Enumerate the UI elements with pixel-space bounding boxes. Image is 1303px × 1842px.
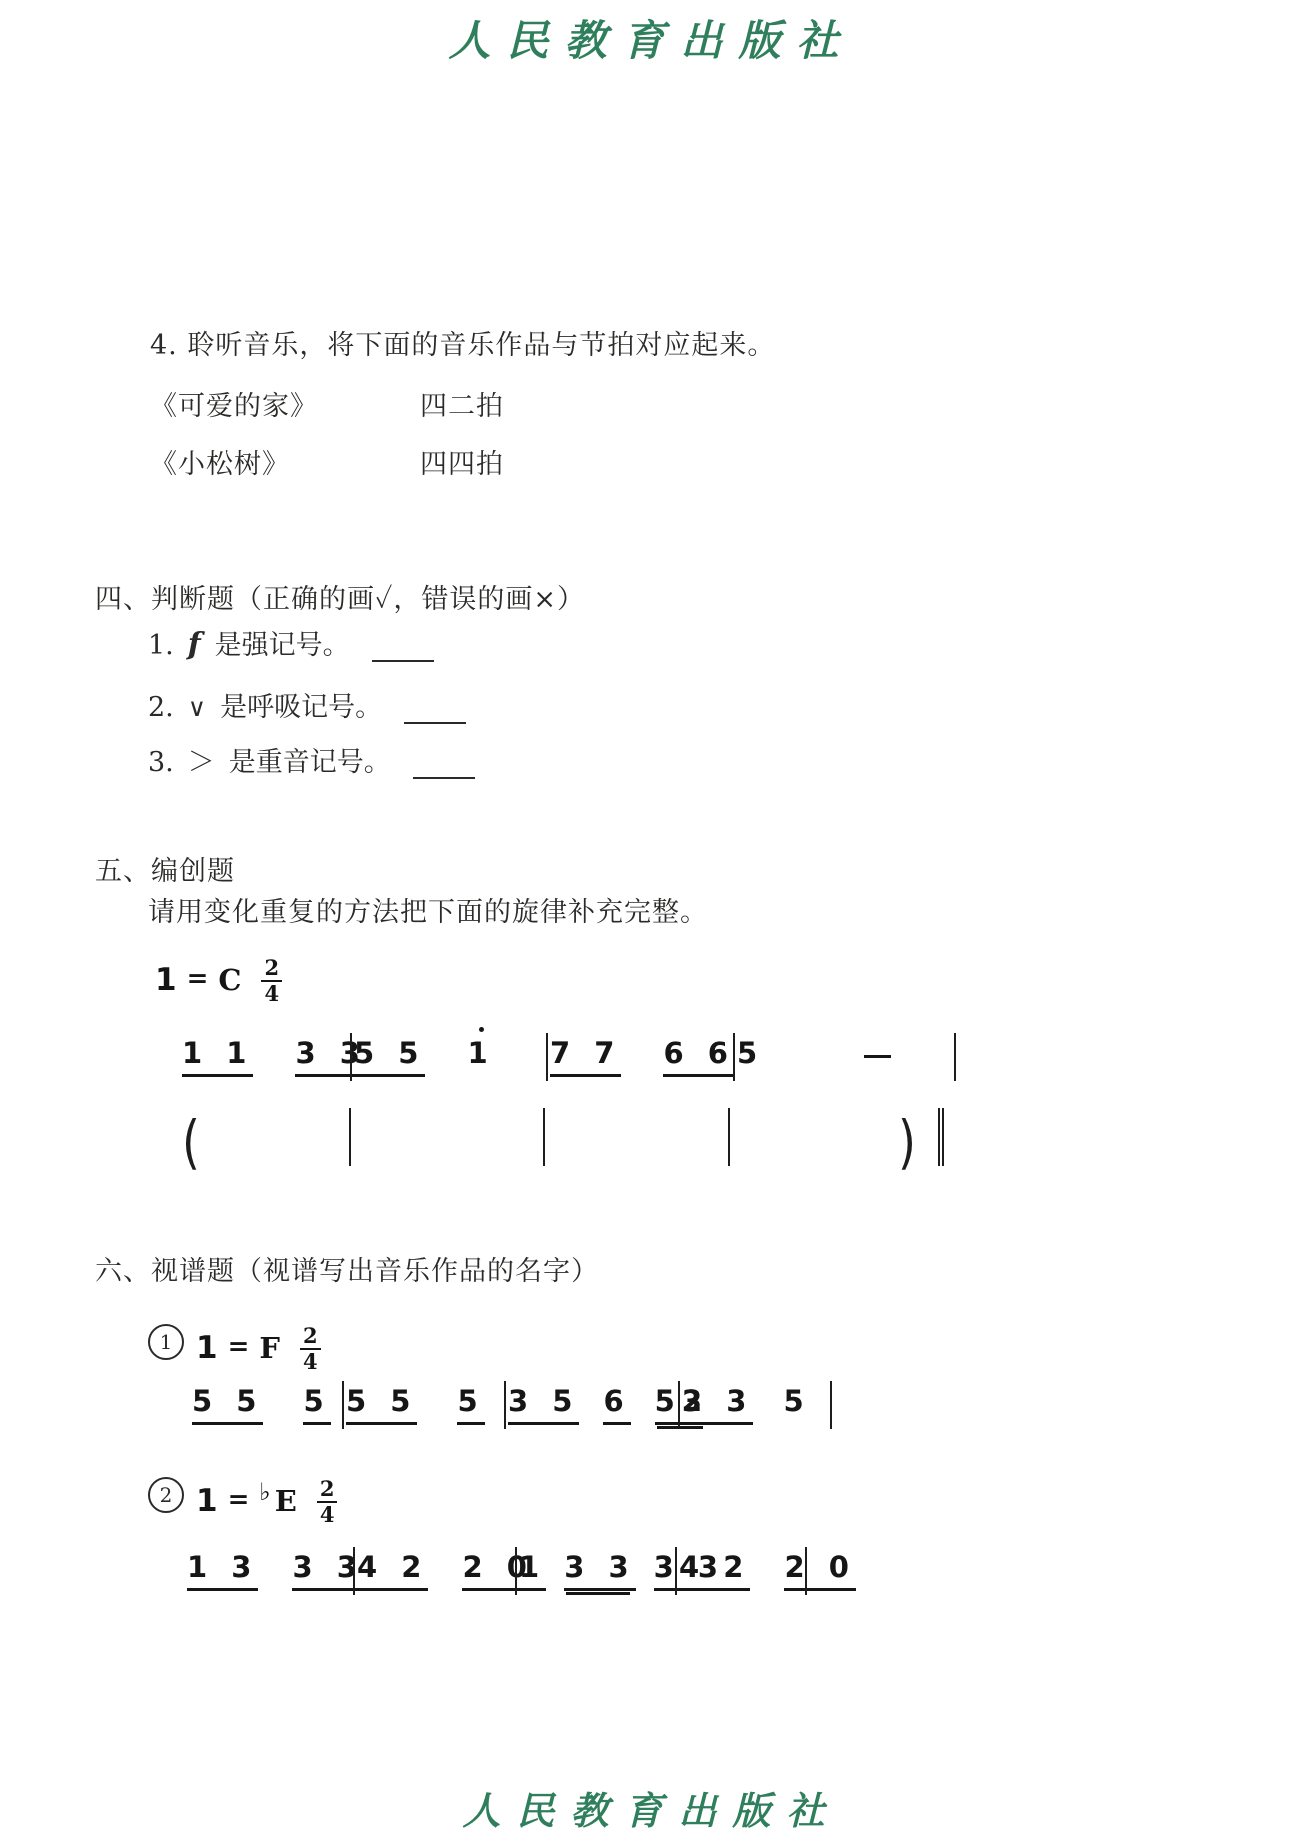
time-signature: 2 4 — [261, 957, 282, 1005]
section-5-title: 五、编创题 — [95, 849, 235, 888]
measure: 5 — [735, 1038, 954, 1074]
measure: 4 22 0 — [677, 1552, 805, 1591]
accent-symbol: ＞ — [188, 740, 215, 779]
note-group: 2 0 — [784, 1552, 855, 1591]
do-numeral: 1 — [196, 1330, 218, 1366]
tonic-letter: E — [275, 1484, 297, 1518]
melody-line-item2: 1 33 34 22 013 33 34 22 0 — [185, 1552, 807, 1595]
answer-blank — [404, 722, 466, 724]
publisher-logo-footer: 人民教育出版社 — [0, 1780, 1303, 1835]
measure: 5 55 — [190, 1386, 342, 1425]
barline — [805, 1547, 807, 1595]
item-text: 是强记号。 — [215, 623, 350, 662]
note-group: 3 3 — [564, 1552, 635, 1591]
note-group: 5 5 — [346, 1386, 417, 1425]
measure: 5 51 — [352, 1038, 546, 1077]
note-group: 53 — [655, 1386, 709, 1425]
section-4-title: 四、判断题（正确的画✓，错误的画×） — [95, 577, 585, 616]
note-group: 6 — [603, 1386, 630, 1425]
do-numeral: 1 — [155, 962, 177, 998]
question-4-prompt: 4. 聆听音乐，将下面的音乐作品与节拍对应起来。 — [150, 330, 775, 362]
measure: 1 13 3 — [180, 1038, 350, 1077]
judgment-item-3: 3. ＞ 是重音记号。 — [148, 740, 475, 779]
flat-symbol: ♭ — [259, 1478, 270, 1506]
note-group: 5 5 — [192, 1386, 263, 1425]
work-title-2: 《小松树》 — [150, 449, 290, 481]
melody-line-item1: 5 555 553 56532 35 — [190, 1386, 832, 1429]
item-number: 2. — [148, 692, 174, 723]
open-paren: ( — [182, 1108, 200, 1176]
tonic-letter: C — [218, 963, 241, 997]
section-6-title: 六、视谱题（视谱写出音乐作品的名字） — [95, 1249, 599, 1288]
note-group: 1 — [467, 1038, 494, 1074]
circled-number-1: 1 — [148, 1324, 184, 1360]
meter-denominator: 4 — [303, 1350, 318, 1373]
measure: 7 76 6 — [548, 1038, 733, 1077]
barline — [728, 1108, 730, 1166]
tonic-letter: F — [259, 1331, 280, 1365]
key-signature-c: 1 = C 2 4 — [155, 956, 282, 1004]
time-signature: 2 4 — [300, 1325, 321, 1373]
equals-sign: = — [228, 1485, 250, 1515]
judgment-item-1: 1. f 是强记号。 — [148, 623, 434, 662]
barline — [543, 1108, 545, 1166]
key-signature-f: 1 = F 2 4 — [196, 1324, 321, 1372]
measure: 5 55 — [344, 1386, 504, 1425]
meter-denominator: 4 — [320, 1503, 335, 1526]
judgment-item-2: 2. ∨ 是呼吸记号。 — [148, 685, 466, 724]
note-group: 1 1 — [182, 1038, 253, 1077]
note-group: 6 6 — [663, 1038, 734, 1077]
barline — [830, 1381, 832, 1429]
note-group: 3 5 — [508, 1386, 579, 1425]
meter-numerator: 2 — [261, 957, 282, 982]
time-signature: 2 4 — [317, 1478, 338, 1526]
item-number: 3. — [148, 747, 174, 778]
meter-denominator: 4 — [264, 982, 279, 1005]
work-title-1: 《可爱的家》 — [150, 391, 318, 423]
melody-line-section5: 1 13 35 517 76 65 — [180, 1038, 956, 1081]
note-group: 7 7 — [550, 1038, 621, 1077]
barline — [954, 1033, 956, 1081]
answer-blank — [372, 660, 434, 662]
section-5-instruction: 请用变化重复的方法把下面的旋律补充完整。 — [148, 897, 708, 929]
close-paren: ) — [898, 1108, 916, 1176]
meter-numerator: 2 — [317, 1478, 338, 1503]
note-group: 5 — [457, 1386, 484, 1425]
note-group: 1 — [519, 1552, 546, 1591]
note-group: 5 — [783, 1386, 810, 1422]
beat-label-1: 四二拍 — [420, 391, 504, 423]
note-group: 5 — [737, 1038, 764, 1074]
measure: 3 5653 — [506, 1386, 678, 1425]
item-number: 1. — [148, 630, 174, 661]
answer-blank — [413, 777, 475, 779]
worksheet-page: 人民教育出版社 4. 聆听音乐，将下面的音乐作品与节拍对应起来。 《可爱的家》 … — [0, 0, 1303, 1842]
dash-note — [864, 1055, 891, 1058]
note-group: 1 3 — [187, 1552, 258, 1591]
measure: 13 33 3 — [517, 1552, 675, 1591]
forte-symbol: f — [188, 627, 201, 662]
meter-numerator: 2 — [300, 1325, 321, 1350]
note-group: 4 2 — [679, 1552, 750, 1591]
item-text: 是呼吸记号。 — [220, 685, 382, 724]
do-numeral: 1 — [196, 1483, 218, 1519]
note-group: 4 2 — [357, 1552, 428, 1591]
barline — [349, 1108, 351, 1166]
note-group: 5 — [303, 1386, 330, 1425]
circled-number-2: 2 — [148, 1477, 184, 1513]
final-double-barline — [938, 1108, 944, 1166]
measure: 1 33 3 — [185, 1552, 353, 1591]
beat-label-2: 四四拍 — [420, 449, 504, 481]
breath-mark-symbol: ∨ — [188, 693, 206, 722]
key-signature-eflat: 1 = ♭ E 2 4 — [196, 1477, 337, 1525]
note-group: 5 5 — [354, 1038, 425, 1077]
equals-sign: = — [187, 964, 209, 994]
measure: 4 22 0 — [355, 1552, 515, 1591]
publisher-logo-header: 人民教育出版社 — [0, 8, 1303, 68]
item-text: 是重音记号。 — [229, 740, 391, 779]
equals-sign: = — [228, 1332, 250, 1362]
